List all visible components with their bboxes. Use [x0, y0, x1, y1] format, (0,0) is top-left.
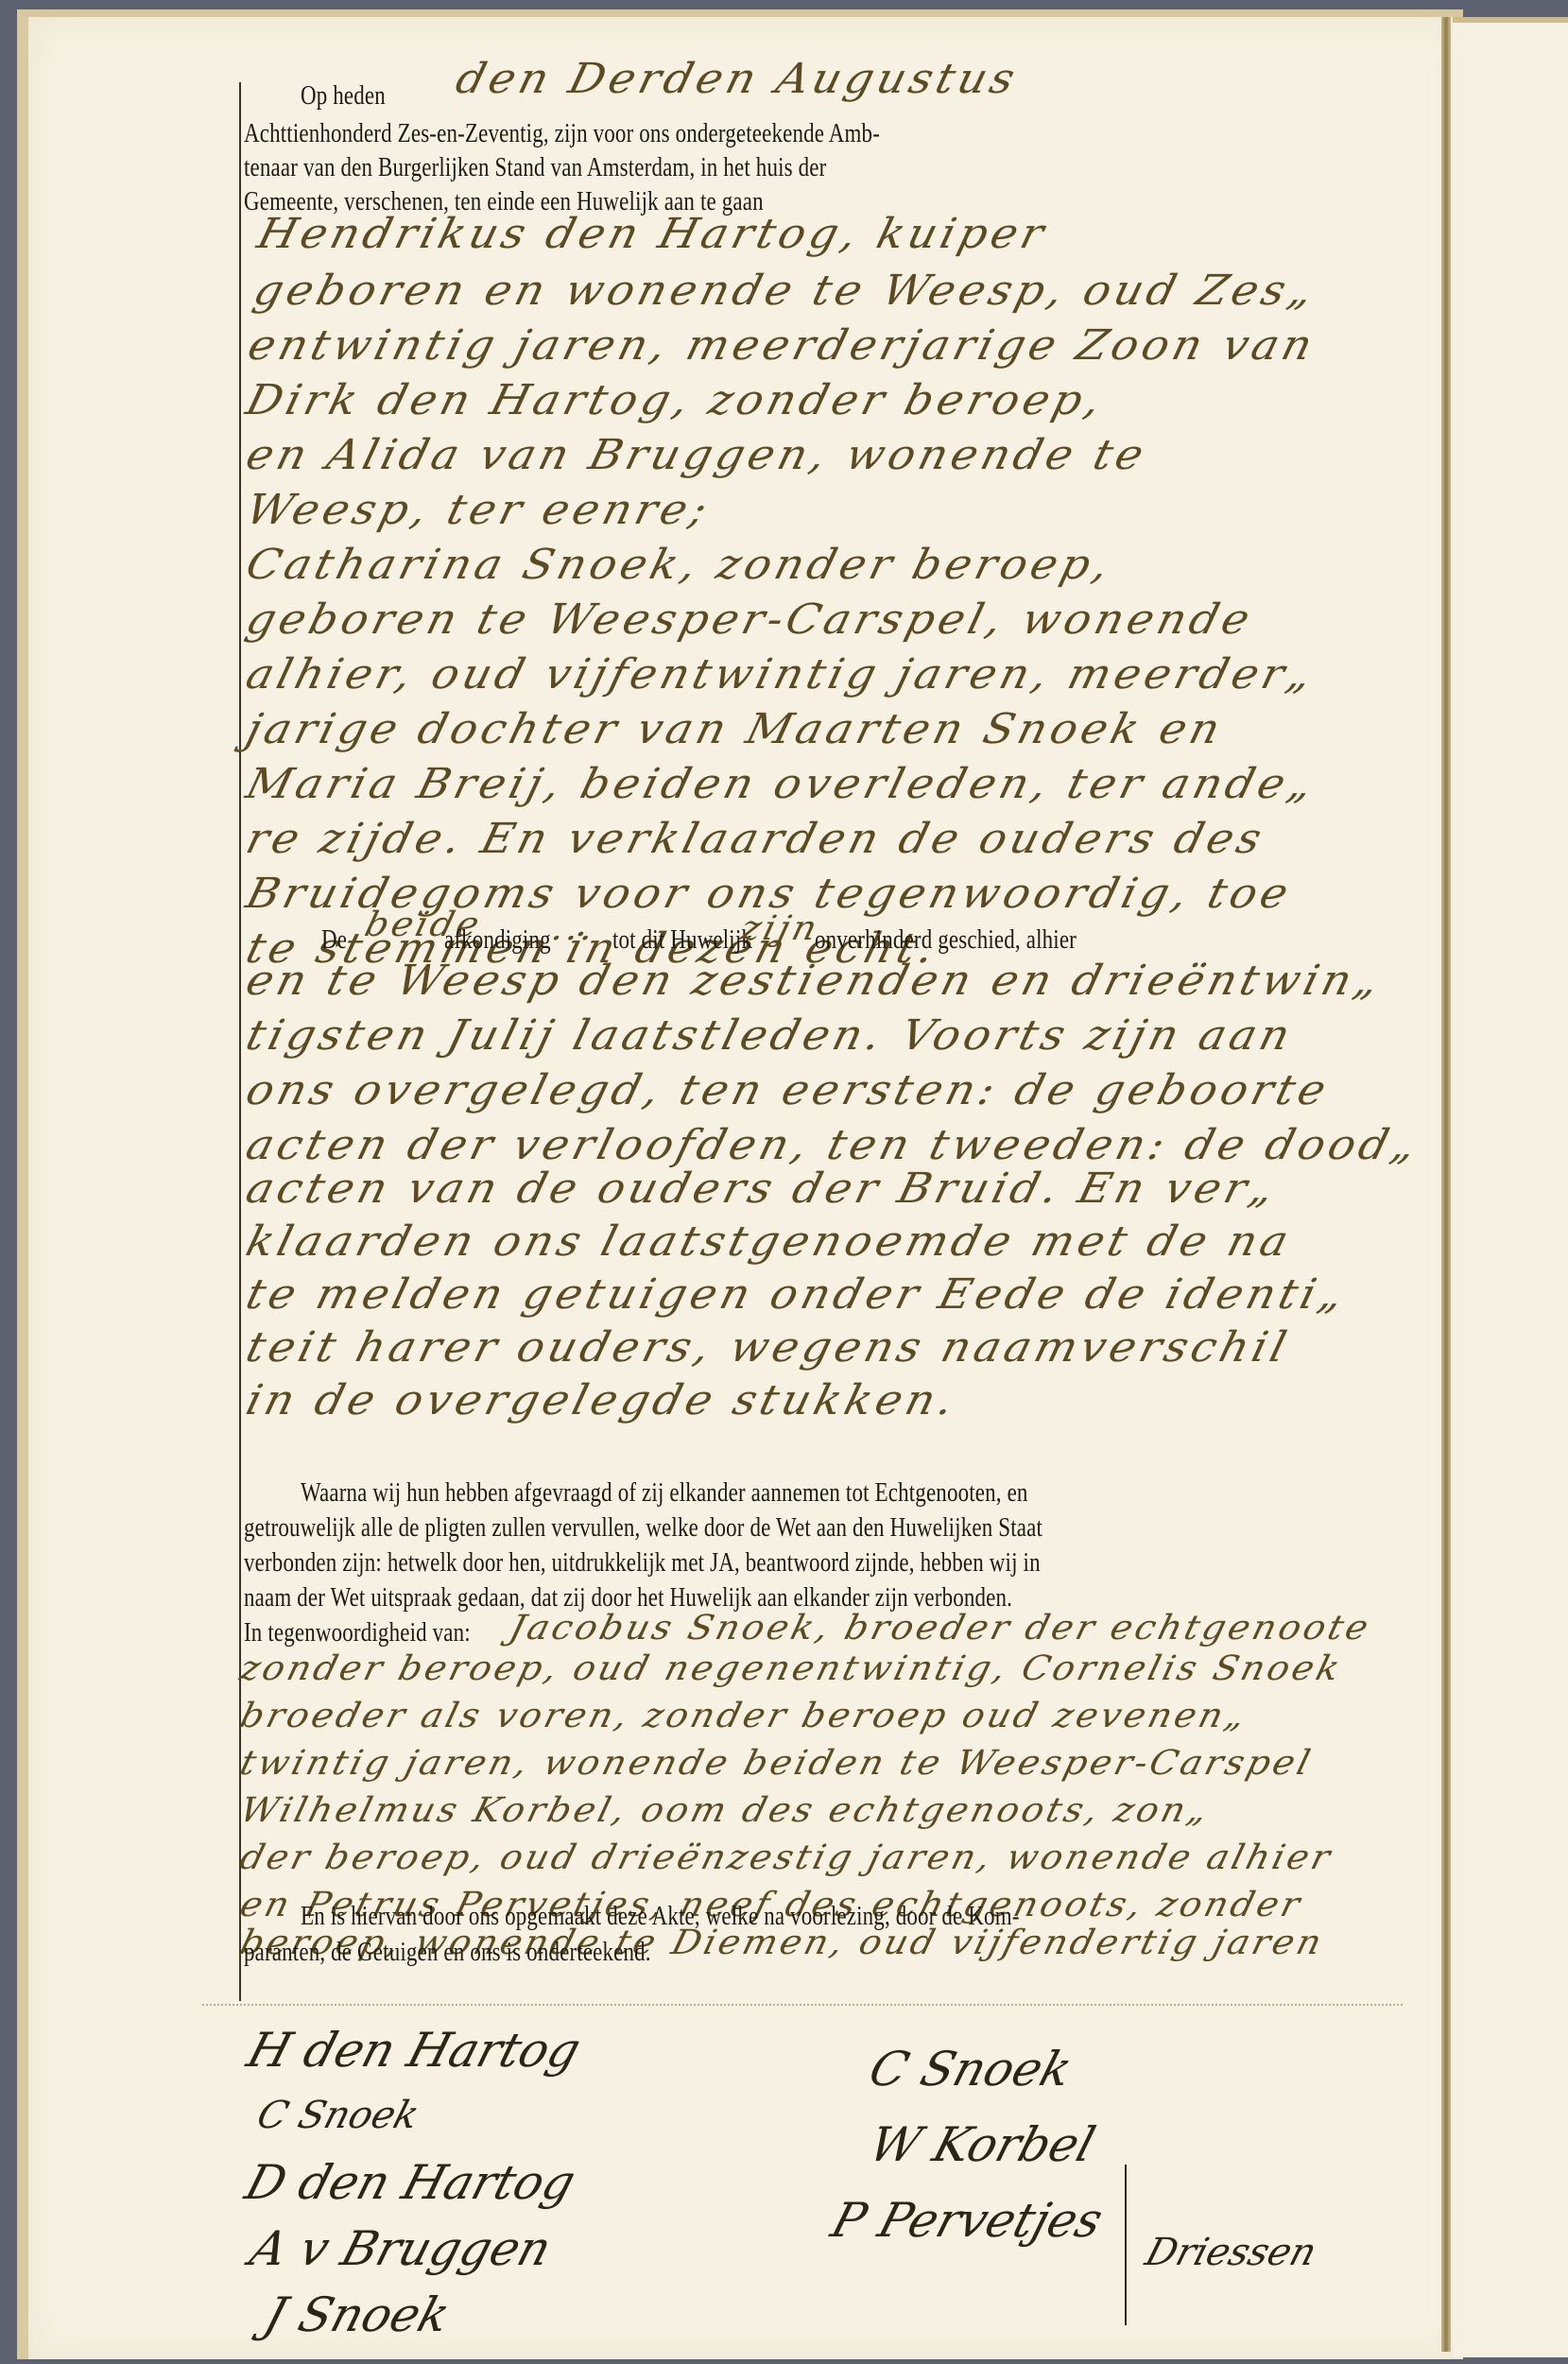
printed-closing-line: En is hiervan door ons opgemaakt deze Ak… [301, 1898, 1020, 1936]
handwritten-line: te melden getuigen onder Eede de identi„ [241, 1270, 1352, 1319]
printed-line: tenaar van den Burgerlijken Stand van Am… [244, 149, 826, 187]
handwritten-line: der beroep, oud drieënzestig jaren, wone… [236, 1838, 1337, 1877]
document-page-right [1453, 17, 1568, 2357]
handwritten-line: en Alida van Bruggen, wonende te [241, 431, 1152, 479]
handwritten-line: jarige dochter van Maarten Snoek en [241, 705, 1229, 753]
signature: D den Hartog [239, 2155, 581, 2210]
handwritten-line: ons overgelegd, ten eersten: de geboorte [241, 1066, 1335, 1114]
handwritten-line: in de overgelegde stukken. [241, 1376, 962, 1424]
handwritten-date: den Derden Augustus [451, 55, 1023, 103]
handwritten-line: Maria Breij, beiden overleden, ter ande„ [241, 760, 1321, 808]
printed-line: verbonden zijn: hetwelk door hen, uitdru… [244, 1544, 1041, 1582]
printed-witness-label: In tegenwoordigheid van: [244, 1614, 471, 1652]
handwritten-line: Catharina Snoek, zonder beroep, [241, 541, 1117, 589]
signature: J Snoek [258, 2287, 456, 2342]
signature: P Pervetjes [825, 2193, 1109, 2248]
handwritten-line: zonder beroep, oud negenentwintig, Corne… [236, 1649, 1347, 1688]
handwritten-line: re zijde. En verklaarden de ouders des [241, 815, 1269, 863]
signature: W Korbel [863, 2117, 1101, 2172]
signature-official: Driessen [1141, 2231, 1321, 2274]
handwritten-line: alhier, oud vijfentwintig jaren, meerder… [241, 650, 1320, 699]
printed-line: getrouwelijk alle de pligten zullen verv… [244, 1510, 1042, 1547]
handwritten-line: Wilhelmus Korbel, oom des echtgenoots, z… [236, 1791, 1215, 1830]
signature: C Snoek [863, 2042, 1077, 2097]
handwritten-line: klaarden ons laatstgenoemde met de na [241, 1217, 1297, 1266]
handwritten-line: acten der verloofden, ten tweeden: de do… [241, 1121, 1424, 1169]
printed-op-heden: Op heden [301, 78, 386, 115]
signature: C Snoek [252, 2094, 424, 2137]
handwritten-line: geboren te Weesper-Carspel, wonende [241, 595, 1258, 644]
handwritten-line: teit harer ouders, wegens naamverschil [241, 1323, 1295, 1372]
handwritten-witness-first: Jacobus Snoek, broeder der echtgenoote [506, 1609, 1375, 1648]
handwritten-line: tigsten Julij laatstleden. Voorts zijn a… [241, 1011, 1299, 1060]
signature-separator [202, 2004, 1403, 2006]
printed-afkondiging: afkondiging [444, 922, 551, 959]
printed-de: De [321, 922, 347, 959]
handwritten-line: Weesp, ter eenre; [241, 486, 715, 534]
signature-groom: H den Hartog [241, 2023, 586, 2078]
handwritten-line: twintig jaren, wonende beiden te Weesper… [236, 1744, 1317, 1783]
printed-onverhinderd: onverhinderd geschied, alhier [815, 922, 1077, 959]
book-gutter [1441, 17, 1451, 2352]
handwritten-line: acten van de ouders der Bruid. En ver„ [241, 1165, 1283, 1213]
signature-brace [1125, 2165, 1146, 2325]
printed-tot-dit-huwelijk: tot dit Huwelijk [612, 922, 752, 959]
printed-line: Achttienhonderd Zes-en-Zeventig, zijn vo… [244, 115, 880, 153]
printed-line: Waarna wij hun hebben afgevraagd of zij … [301, 1475, 1028, 1512]
handwritten-line: entwintig jaren, meerderjarige Zoon van [243, 321, 1320, 370]
signature: A v Bruggen [244, 2221, 557, 2276]
handwritten-line: Hendrikus den Hartog, kuiper [252, 210, 1052, 258]
handwritten-line: en te Weesp den zestienden en drieëntwin… [241, 957, 1387, 1005]
handwritten-zijn: zijn [737, 909, 824, 948]
printed-closing-line: paranten, de Getuigen en ons is ondertee… [244, 1934, 651, 1972]
handwritten-line: Dirk den Hartog, zonder beroep, [241, 376, 1110, 424]
handwritten-line: geboren en wonende te Weesp, oud Zes„ [249, 267, 1321, 315]
handwritten-line: broeder als voren, zonder beroep oud zev… [236, 1697, 1252, 1735]
